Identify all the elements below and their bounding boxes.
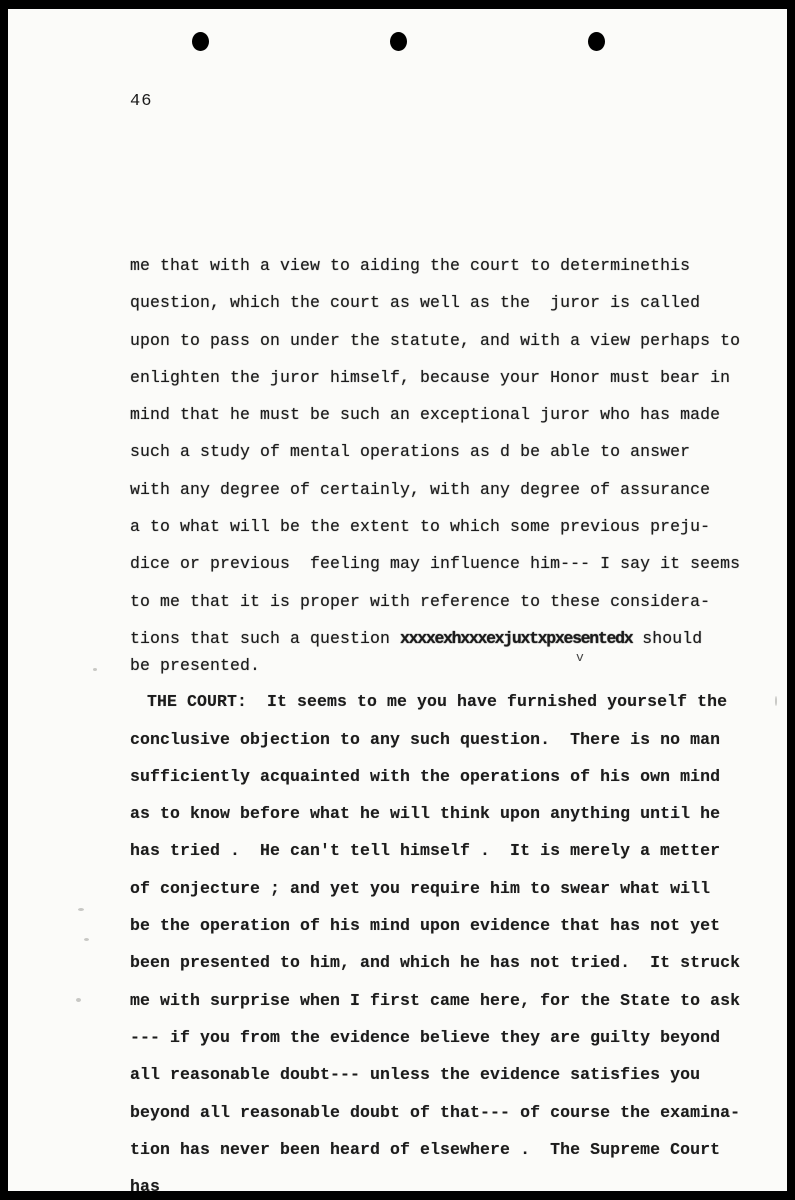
page-number: 46 [130,92,152,111]
transcript-line: upon to pass on under the statute, and w… [130,322,770,359]
scan-speck [93,668,97,671]
scan-speck [222,1150,225,1153]
transcript-line: question, which the court as well as the… [130,284,770,321]
transcript-line-with-strikeout: tions that such a question xxxxexhxxxexj… [130,620,770,657]
transcript-line: --- if you from the evidence believe the… [130,1019,770,1056]
transcript-line: a to what will be the extent to which so… [130,508,770,545]
transcript-line: me that with a view to aiding the court … [130,247,770,284]
transcript-line: such a study of mental operations as d b… [130,433,770,470]
transcript-line: be presented. [130,657,770,683]
scanned-transcript-page: 46 me that with a view to aiding the cou… [0,0,795,1200]
typewriter-strikeout-text: xxxxexhxxxexjuxtxpxesentedx [400,629,632,648]
punch-hole-dot [588,32,605,51]
transcript-line: beyond all reasonable doubt of that--- o… [130,1094,770,1131]
transcript-line: to me that it is proper with reference t… [130,583,770,620]
transcript-line: me with surprise when I first came here,… [130,982,770,1019]
transcript-line: has [130,1168,770,1200]
transcript-line-court-speaker: THE COURT: It seems to me you have furni… [130,683,770,720]
transcript-line: conclusive objection to any such questio… [130,721,770,758]
transcript-line: sufficiently acquainted with the operati… [130,758,770,795]
scan-speck [84,938,89,941]
strike-line-post: should [632,629,702,648]
transcript-line: of conjecture ; and yet you require him … [130,870,770,907]
scan-speck [76,998,81,1002]
punch-hole-dot [390,32,407,51]
scan-speck [775,696,777,706]
transcript-line: be the operation of his mind upon eviden… [130,907,770,944]
transcript-line: tion has never been heard of elsewhere .… [130,1131,770,1168]
caret-proof-mark: v [576,650,584,665]
transcript-line: enlighten the juror himself, because you… [130,359,770,396]
transcript-line: been presented to him, and which he has … [130,944,770,981]
transcript-line: has tried . He can't tell himself . It i… [130,832,770,869]
transcript-line: dice or previous feeling may influence h… [130,545,770,582]
strike-line-pre: tions that such a question [130,629,400,648]
transcript-line: with any degree of certainly, with any d… [130,471,770,508]
transcript-line: all reasonable doubt--- unless the evide… [130,1056,770,1093]
transcript-body: me that with a view to aiding the court … [130,247,770,1200]
transcript-line: as to know before what he will think upo… [130,795,770,832]
punch-hole-dot [192,32,209,51]
scan-speck [78,908,84,911]
transcript-line: mind that he must be such an exceptional… [130,396,770,433]
